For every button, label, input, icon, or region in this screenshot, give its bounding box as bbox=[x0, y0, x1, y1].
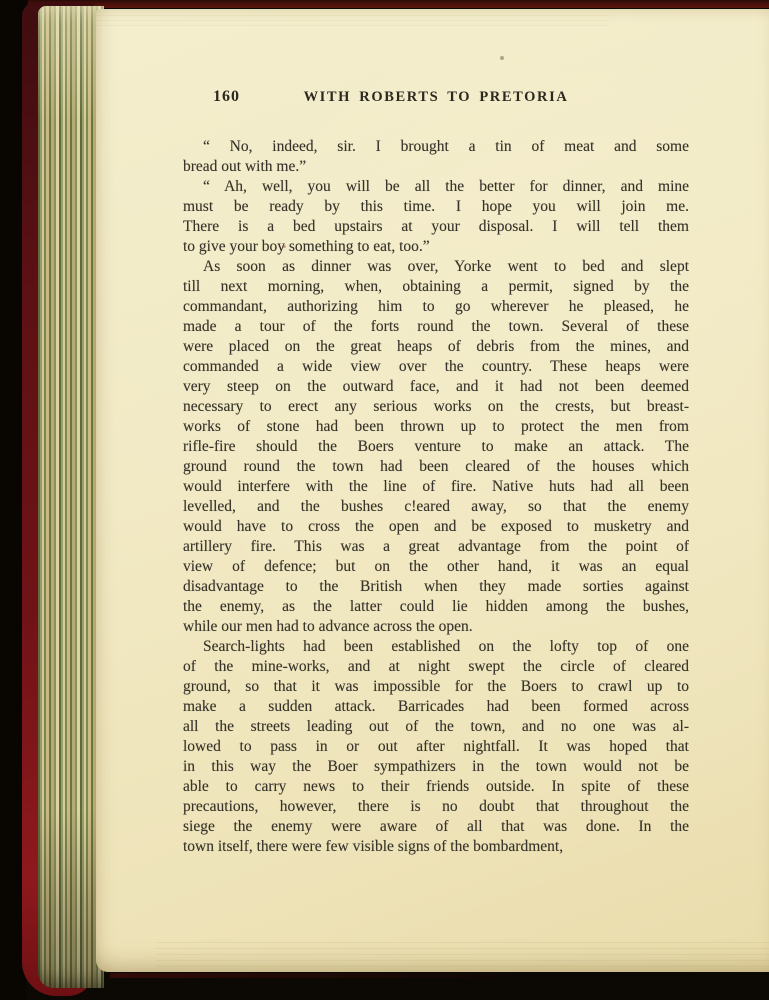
page-fore-edge-stack bbox=[38, 6, 104, 988]
text-line: make a sudden attack. Barricades had bee… bbox=[183, 697, 689, 717]
text-line: artillery fire. This was a great advanta… bbox=[183, 537, 689, 557]
text-line: necessary to erect any serious works on … bbox=[183, 397, 689, 417]
text-line: would have to cross the open and be expo… bbox=[183, 517, 689, 537]
text-line: bread out with me.” bbox=[183, 157, 689, 177]
text-line: works of stone had been thrown up to pro… bbox=[183, 417, 689, 437]
text-line: There is a bed upstairs at your disposal… bbox=[183, 217, 689, 237]
text-line: rifle-fire should the Boers venture to m… bbox=[183, 437, 689, 457]
text-line: of the mine-works, and at night swept th… bbox=[183, 657, 689, 677]
text-line: commandant, authorizing him to go wherev… bbox=[183, 297, 689, 317]
text-line: while our men had to advance across the … bbox=[183, 617, 689, 637]
photo-background: 160 WITH ROBERTS TO PRETORIA “ No, indee… bbox=[0, 0, 769, 1000]
page-edge-streaks-top bbox=[96, 15, 609, 29]
text-line: “ No, indeed, sir. I brought a tin of me… bbox=[183, 137, 689, 157]
text-line: town itself, there were few visible sign… bbox=[183, 837, 689, 857]
running-head-title: WITH ROBERTS TO PRETORIA bbox=[183, 89, 689, 106]
text-line: made a tour of the forts round the town.… bbox=[183, 317, 689, 337]
text-line: Search-lights had been established on th… bbox=[183, 637, 689, 657]
text-line: view of defence; but on the other hand, … bbox=[183, 557, 689, 577]
text-line: lowed to pass in or out after nightfall.… bbox=[183, 737, 689, 757]
text-line: must be ready by this time. I hope you w… bbox=[183, 197, 689, 217]
text-line: commanded a wide view over the country. … bbox=[183, 357, 689, 377]
text-line: very steep on the outward face, and it h… bbox=[183, 377, 689, 397]
book-cover-bottom-edge bbox=[110, 973, 530, 978]
text-line: siege the enemy were aware of all that w… bbox=[183, 817, 689, 837]
text-line: to give your boy something to eat, too.” bbox=[183, 237, 689, 257]
text-line: ground, so that it was impossible for th… bbox=[183, 677, 689, 697]
page-text: “ No, indeed, sir. I brought a tin of me… bbox=[183, 137, 689, 857]
text-line: precautions, however, there is no doubt … bbox=[183, 797, 689, 817]
text-line: in this way the Boer sympathizers in the… bbox=[183, 757, 689, 777]
text-line: were placed on the great heaps of debris… bbox=[183, 337, 689, 357]
page-edge-streaks-bottom bbox=[156, 942, 769, 972]
printed-text-block: 160 WITH ROBERTS TO PRETORIA “ No, indee… bbox=[183, 88, 689, 857]
text-line: able to carry news to their friends outs… bbox=[183, 777, 689, 797]
text-line: “ Ah, well, you will be all the better f… bbox=[183, 177, 689, 197]
text-line: As soon as dinner was over, Yorke went t… bbox=[183, 257, 689, 277]
text-line: would interfere with the line of fire. N… bbox=[183, 477, 689, 497]
text-line: the enemy, as the latter could lie hidde… bbox=[183, 597, 689, 617]
text-line: ground round the town had been cleared o… bbox=[183, 457, 689, 477]
page-header: 160 WITH ROBERTS TO PRETORIA bbox=[183, 88, 689, 108]
book-page: 160 WITH ROBERTS TO PRETORIA “ No, indee… bbox=[96, 9, 769, 972]
text-line: levelled, and the bushes c!eared away, s… bbox=[183, 497, 689, 517]
book-cover-top-edge bbox=[28, 0, 769, 8]
paper-speck bbox=[500, 56, 504, 60]
text-line: disadvantage to the British when they ma… bbox=[183, 577, 689, 597]
text-line: till next morning, when, obtaining a per… bbox=[183, 277, 689, 297]
text-line: all the streets leading out of the town,… bbox=[183, 717, 689, 737]
